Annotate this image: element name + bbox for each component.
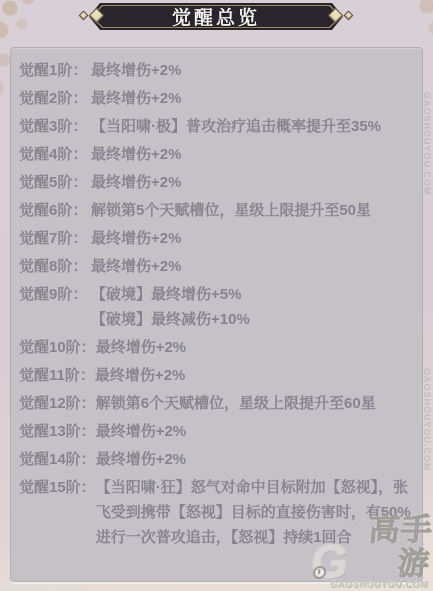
diamond-ornament-icon bbox=[79, 11, 89, 21]
page-title: 觉醒总览 bbox=[89, 3, 343, 30]
awakening-row-content: 最终增伤+2% bbox=[91, 254, 413, 279]
awakening-list-panel[interactable]: 觉醒1阶： 最终增伤+2% 觉醒2阶： 最终增伤+2% 觉醒3阶： 【当阳啸·极… bbox=[10, 47, 423, 582]
awakening-row-4: 觉醒4阶： 最终增伤+2% bbox=[19, 142, 413, 167]
awakening-row-3: 觉醒3阶： 【当阳啸·极】普攻治疗追击概率提升至35% bbox=[19, 114, 413, 139]
site-watermark-vertical: GAOSHOUYOU.COM bbox=[422, 92, 432, 196]
awakening-row-5: 觉醒5阶： 最终增伤+2% bbox=[19, 170, 413, 195]
awakening-effect-text: 【破境】最终增伤+5% bbox=[91, 282, 413, 307]
awakening-row-12: 觉醒12阶： 解锁第6个天赋槽位，星级上限提升至60星 bbox=[19, 391, 413, 416]
awakening-row-content: 最终增伤+2% bbox=[91, 58, 413, 83]
title-banner: 觉醒总览 bbox=[0, 0, 433, 34]
awakening-row-content: 【当阳啸·狂】怒气对命中目标附加【怒视】，张飞受到携带【怒视】目标的直接伤害时，… bbox=[96, 475, 413, 550]
awakening-row-content: 最终增伤+2% bbox=[91, 142, 413, 167]
awakening-effect-text: 最终增伤+2% bbox=[91, 226, 413, 251]
awakening-row-14: 觉醒14阶： 最终增伤+2% bbox=[19, 447, 413, 472]
awakening-effect-text: 最终增伤+2% bbox=[91, 86, 413, 111]
awakening-effect-text: 解锁第6个天赋槽位，星级上限提升至60星 bbox=[96, 391, 413, 416]
awakening-effect-text: 最终增伤+2% bbox=[96, 447, 413, 472]
awakening-row-content: 最终增伤+2% bbox=[91, 170, 413, 195]
awakening-row-content: 最终增伤+2% bbox=[96, 335, 413, 360]
awakening-row-content: 最终增伤+2% bbox=[91, 226, 413, 251]
awakening-row-label: 觉醒2阶： bbox=[19, 86, 91, 111]
awakening-row-content: 【当阳啸·极】普攻治疗追击概率提升至35% bbox=[91, 114, 413, 139]
awakening-row-label: 觉醒12阶： bbox=[19, 391, 96, 416]
awakening-effect-text: 最终增伤+2% bbox=[91, 142, 413, 167]
awakening-row-9: 觉醒9阶： 【破境】最终增伤+5% 【破境】最终减伤+10% bbox=[19, 282, 413, 332]
awakening-row-content: 最终增伤+2% bbox=[91, 86, 413, 111]
awakening-row-label: 觉醒13阶： bbox=[19, 419, 96, 444]
awakening-row-10: 觉醒10阶： 最终增伤+2% bbox=[19, 335, 413, 360]
awakening-effect-text: 解锁第5个天赋槽位，星级上限提升至50星 bbox=[91, 198, 413, 223]
awakening-row-content: 最终增伤+2% bbox=[96, 447, 413, 472]
awakening-row-label: 觉醒5阶： bbox=[19, 170, 91, 195]
awakening-row-label: 觉醒9阶： bbox=[19, 282, 91, 332]
awakening-row-2: 觉醒2阶： 最终增伤+2% bbox=[19, 86, 413, 111]
awakening-effect-text: 【破境】最终减伤+10% bbox=[91, 307, 413, 332]
awakening-row-content: 解锁第6个天赋槽位，星级上限提升至60星 bbox=[96, 391, 413, 416]
awakening-row-13: 觉醒13阶： 最终增伤+2% bbox=[19, 419, 413, 444]
awakening-row-content: 【破境】最终增伤+5% 【破境】最终减伤+10% bbox=[91, 282, 413, 332]
awakening-row-content: 最终增伤+2% bbox=[95, 363, 413, 388]
awakening-row-1: 觉醒1阶： 最终增伤+2% bbox=[19, 58, 413, 83]
awakening-effect-text: 【当阳啸·极】普攻治疗追击概率提升至35% bbox=[91, 114, 413, 139]
awakening-row-label: 觉醒4阶： bbox=[19, 142, 91, 167]
awakening-row-label: 觉醒8阶： bbox=[19, 254, 91, 279]
awakening-row-7: 觉醒7阶： 最终增伤+2% bbox=[19, 226, 413, 251]
awakening-effect-text: 最终增伤+2% bbox=[96, 335, 413, 360]
awakening-row-label: 觉醒1阶： bbox=[19, 58, 91, 83]
site-watermark-vertical: GAOSHOUYOU.COM bbox=[422, 368, 432, 472]
awakening-row-label: 觉醒11阶： bbox=[19, 363, 95, 388]
awakening-row-8: 觉醒8阶： 最终增伤+2% bbox=[19, 254, 413, 279]
awakening-row-6: 觉醒6阶： 解锁第5个天赋槽位，星级上限提升至50星 bbox=[19, 198, 413, 223]
awakening-row-content: 最终增伤+2% bbox=[96, 419, 413, 444]
awakening-row-label: 觉醒14阶： bbox=[19, 447, 96, 472]
awakening-row-label: 觉醒10阶： bbox=[19, 335, 96, 360]
awakening-row-11: 觉醒11阶： 最终增伤+2% bbox=[19, 363, 413, 388]
awakening-row-label: 觉醒7阶： bbox=[19, 226, 91, 251]
awakening-effect-text: 最终增伤+2% bbox=[95, 363, 413, 388]
awakening-row-label: 觉醒15阶： bbox=[19, 475, 96, 550]
awakening-effect-text: 最终增伤+2% bbox=[91, 58, 413, 83]
awakening-effect-text: 【当阳啸·狂】怒气对命中目标附加【怒视】，张飞受到携带【怒视】目标的直接伤害时，… bbox=[96, 475, 413, 550]
awakening-row-label: 觉醒6阶： bbox=[19, 198, 91, 223]
diamond-ornament-icon bbox=[344, 11, 354, 21]
awakening-row-content: 解锁第5个天赋槽位，星级上限提升至50星 bbox=[91, 198, 413, 223]
awakening-effect-text: 最终增伤+2% bbox=[91, 254, 413, 279]
awakening-effect-text: 最终增伤+2% bbox=[91, 170, 413, 195]
awakening-row-label: 觉醒3阶： bbox=[19, 114, 91, 139]
awakening-row-15: 觉醒15阶： 【当阳啸·狂】怒气对命中目标附加【怒视】，张飞受到携带【怒视】目标… bbox=[19, 475, 413, 550]
awakening-overview-screen: 觉醒总览 觉醒1阶： 最终增伤+2% 觉醒2阶： 最终增伤+2% 觉醒3阶： 【… bbox=[0, 0, 433, 591]
title-banner-plate: 觉醒总览 bbox=[89, 3, 343, 30]
awakening-effect-text: 最终增伤+2% bbox=[96, 419, 413, 444]
